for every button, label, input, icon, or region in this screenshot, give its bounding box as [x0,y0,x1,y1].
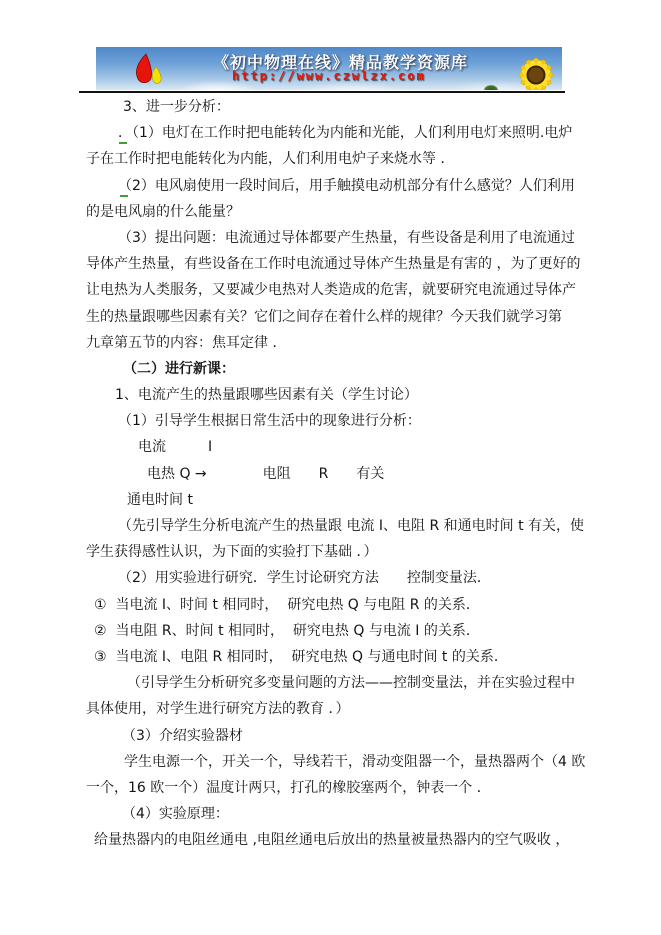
text-line: 的是电风扇的什么能量？ [86,199,580,225]
text-line: 具体使用，对学生进行研究方法的教育 ．） [86,696,580,722]
document-page: 《初中物理在线》精品教学资源库 http://www.czwlzx.com [0,0,661,935]
text-line: （引导学生分析研究多变量问题的方法——控制变量法，并在实验过程中 [86,670,580,696]
text-line: （1）引导学生根据日常生活中的现象进行分析： [86,408,580,434]
text-line: 学生电源一个，开关一个，导线若干，滑动变阻器一个，量热器两个（4 欧 [86,749,580,775]
text-line: 生的热量跟哪些因素有关？它们之间存在着什么样的规律？今天我们就学习第 [86,304,580,330]
text-line: ．（1）电灯在工作时把电能转化为内能和光能，人们利用电灯来照明.电炉 [86,120,580,146]
sunflower-icon [506,53,562,90]
diagram-line: 电热 Q → 电阻 R 有关 [86,461,580,487]
site-banner: 《初中物理在线》精品教学资源库 http://www.czwlzx.com [96,47,562,90]
numbered-item: ② 当电阻 R、时间 t 相同时， 研究电热 Q 与电流 I 的关系． [86,618,580,644]
text-line: 一个，16 欧一个）温度计两只，打孔的橡胶塞两个，钟表一个 ． [86,775,580,801]
document-body: 3、进一步分析： ．（1）电灯在工作时把电能转化为内能和光能，人们利用电灯来照明… [86,94,580,853]
text-line: 导体产生热量，有些设备在工作时电流通过导体产生热量是有害的 ，为了更好的 [86,251,580,277]
text-line: （3）提出问题：电流通过导体都要产生热量，有些设备是利用了电流通过 [86,225,580,251]
text-line: 子在工作时把电能转化为内能，人们利用电炉子来烧水等 ． [86,146,580,172]
text-line: 3、进一步分析： [86,94,580,120]
text-line: 九章第五节的内容：焦耳定律 ． [86,330,580,356]
header-divider [79,91,565,93]
text-line: 学生获得感性认识，为下面的实验打下基础 ．） [86,539,580,565]
diagram-line: 通电时间 t [86,487,580,513]
text-line: （2）电风扇使用一段时间后，用手触摸电动机部分有什么感觉？人们利用 [86,173,580,199]
text-line: （2）用实验进行研究．学生讨论研究方法 控制变量法． [86,565,580,591]
banner-url-link: http://www.czwlzx.com [232,69,426,83]
text-line: （4）实验原理： [86,801,580,827]
plant-decoration [480,78,502,90]
text-line: （先引导学生分析电流产生的热量跟 电流 I、电阻 R 和通电时间 t 有关，使 [86,513,580,539]
diagram-line: 电流 I [86,434,580,460]
text-line: 让电热为人类服务，又要减少电热对人类造成的危害，就要研究电流通过导体产 [86,277,580,303]
section-heading: （二）进行新课： [86,356,580,382]
text-line: 给量热器内的电阻丝通电 ,电阻丝通电后放出的热量被量热器内的空气吸收 ， [86,827,580,853]
flame-logo-icon [130,53,170,89]
numbered-item: ① 当电流 I、时间 t 相同时， 研究电热 Q 与电阻 R 的关系． [86,592,580,618]
text-line: 1、电流产生的热量跟哪些因素有关（学生讨论） [86,382,580,408]
text-line: （3）介绍实验器材 [86,723,580,749]
numbered-item: ③ 当电流 I、电阻 R 相同时， 研究电热 Q 与通电时间 t 的关系． [86,644,580,670]
